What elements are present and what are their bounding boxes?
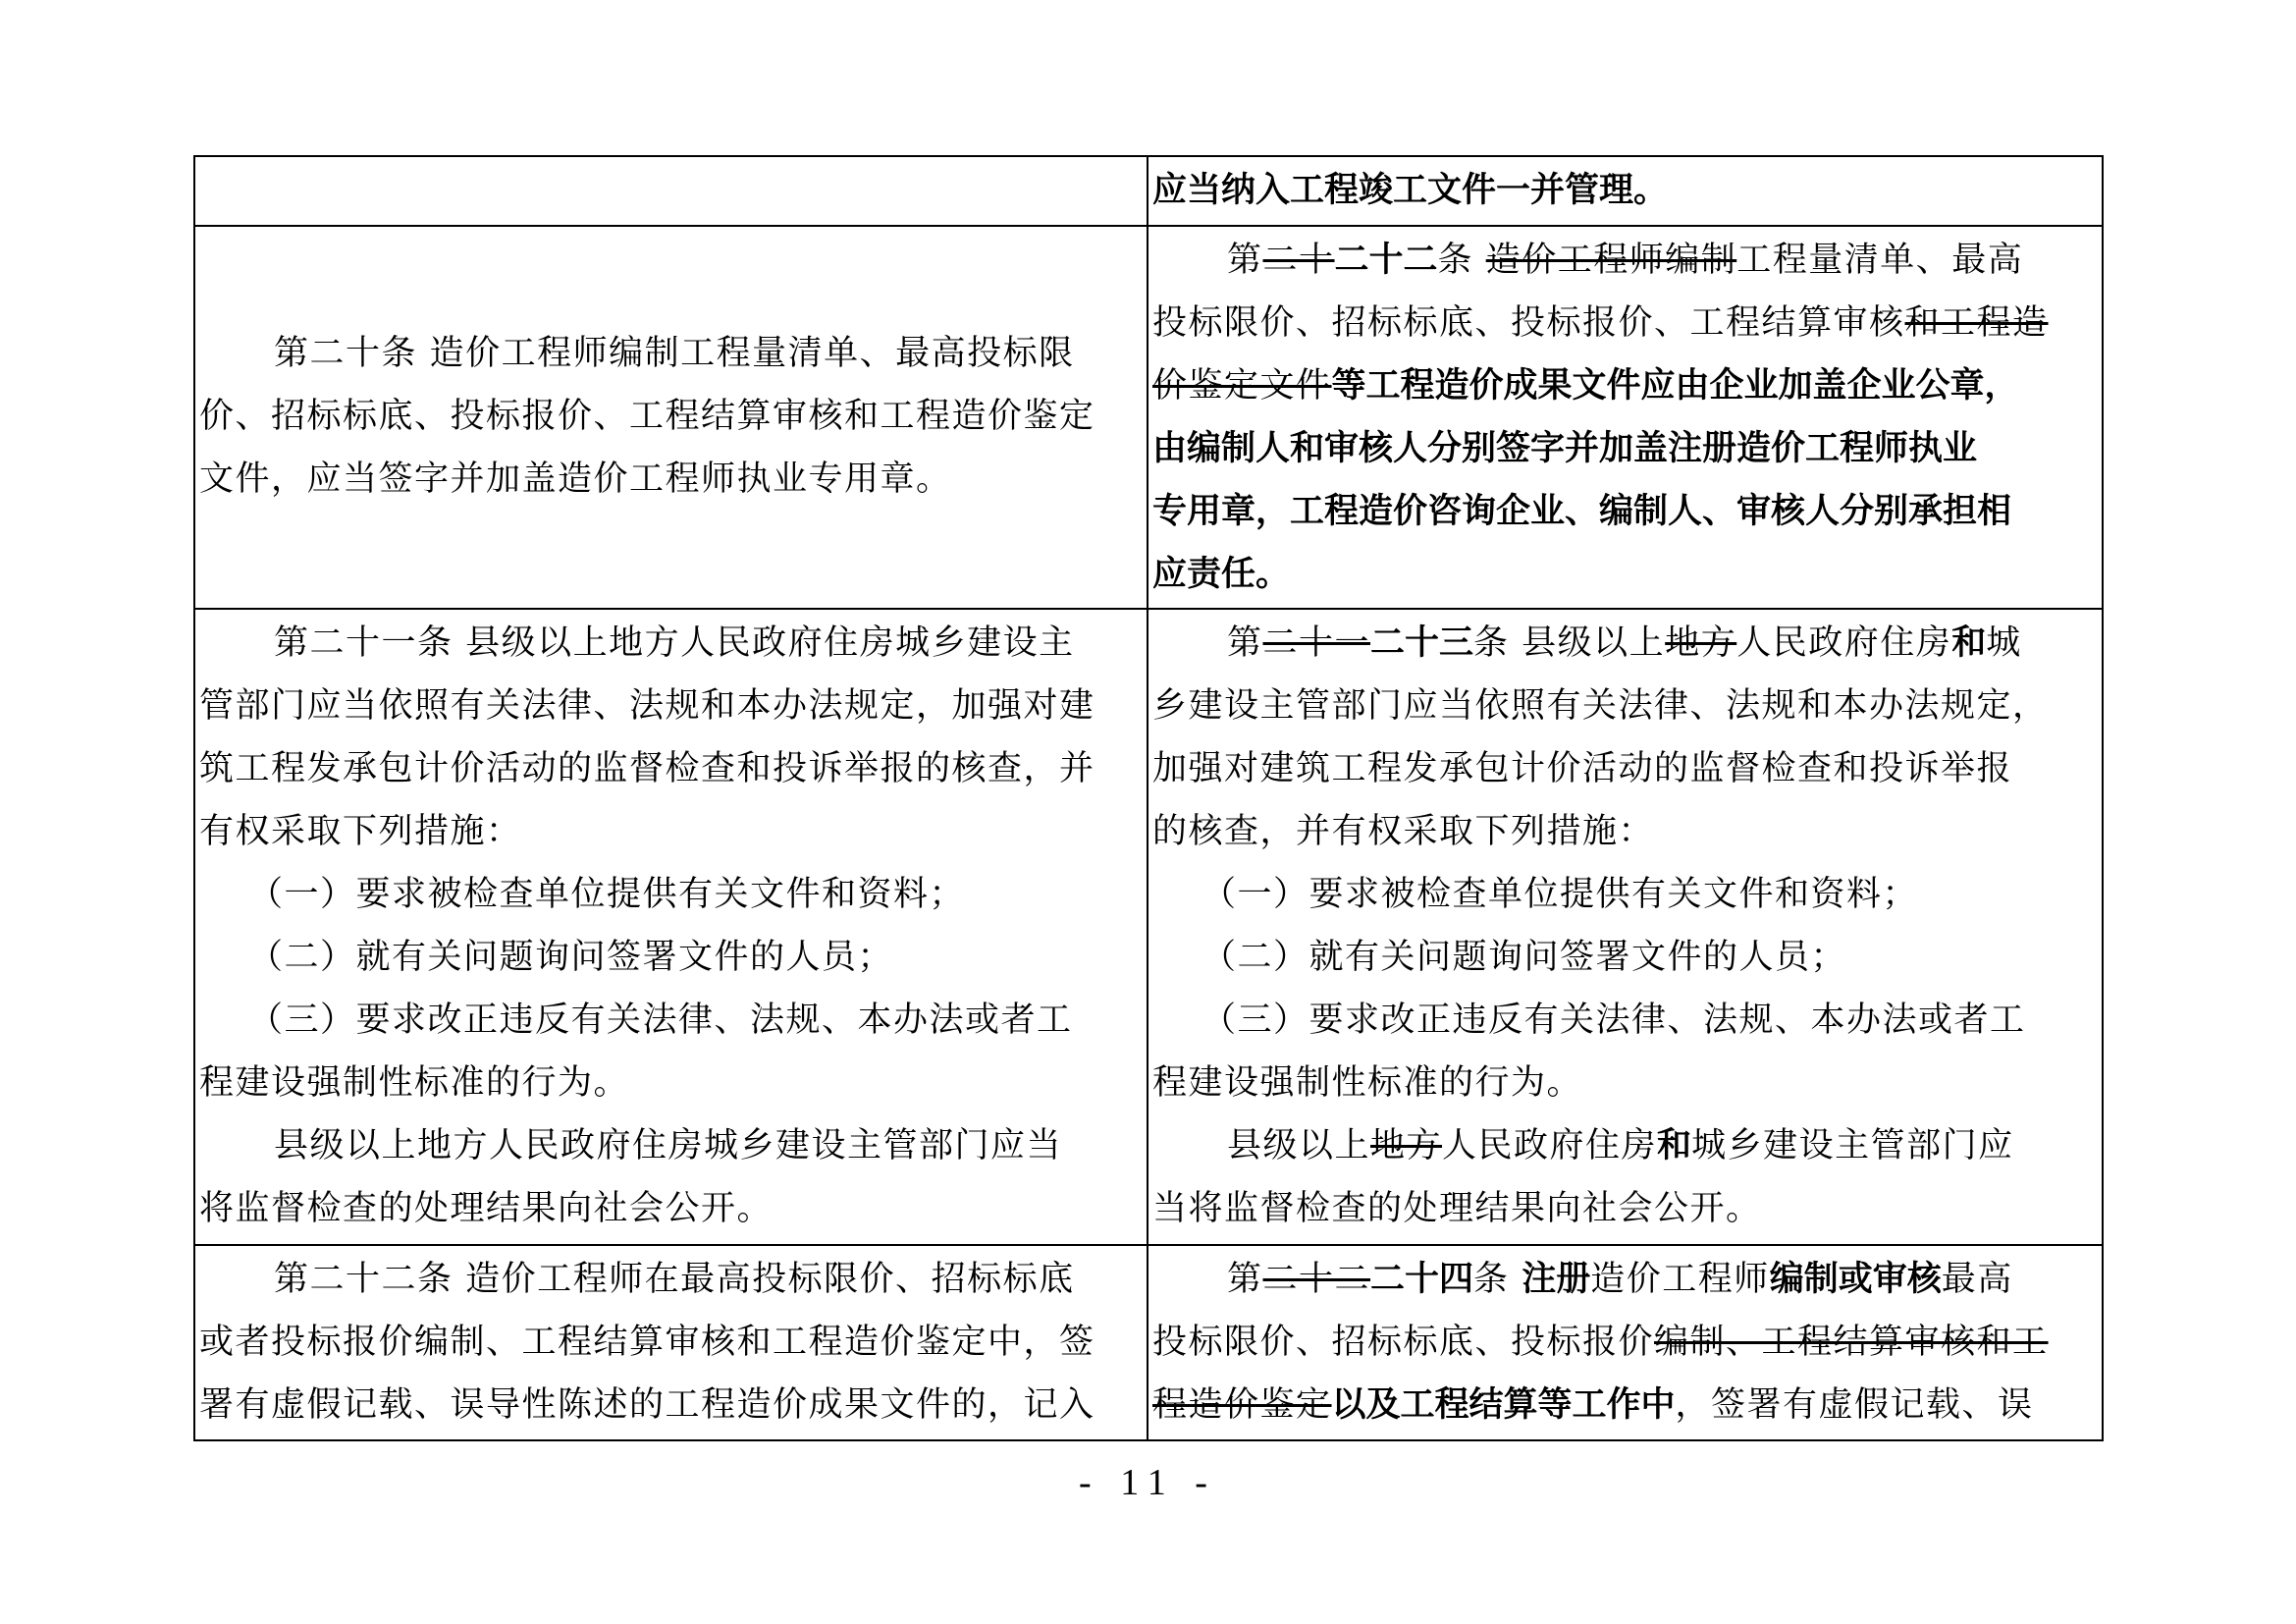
page-number: - 11 - — [0, 1461, 2296, 1504]
text-segment: 城乡建设主管部门应 — [1691, 1126, 2014, 1165]
text-line: 程建设强制性标准的行为。 — [1152, 1052, 1582, 1114]
original-text-cell — [194, 156, 1148, 226]
text-line: 应当纳入工程竣工文件一并管理。 — [1152, 159, 1668, 222]
text-segment: 管部门应当依照有关法律、法规和本办法规定，加强对建 — [199, 686, 1095, 726]
text-segment: 条 — [1473, 1260, 1522, 1299]
original-text-cell: 第二十一条 县级以上地方人民政府住房城乡建设主管部门应当依照有关法律、法规和本办… — [194, 609, 1148, 1245]
deleted-text: 造价工程师编制 — [1486, 241, 1737, 280]
text-line: 程建设强制性标准的行为。 — [199, 1052, 629, 1114]
added-text: 专用章，工程造价咨询企业、编制人、审核人分别承担相 — [1152, 492, 2011, 531]
text-line: 第二十一条 县级以上地方人民政府住房城乡建设主 — [274, 612, 1075, 675]
text-segment: 当将监督检查的处理结果向社会公开。 — [1152, 1189, 1762, 1228]
text-line: （三）要求改正违反有关法律、法规、本办法或者工 — [1201, 989, 2026, 1052]
text-segment: 城 — [1986, 623, 2022, 663]
text-segment: 投标限价、招标标底、投标报价、工程结算审核 — [1152, 303, 1905, 343]
text-line: 价鉴定文件等工程造价成果文件应由企业加盖企业公章， — [1152, 354, 2019, 417]
text-segment: 条 县级以上 — [1473, 623, 1665, 663]
table-row: 应当纳入工程竣工文件一并管理。 — [194, 156, 2103, 226]
text-line: 投标限价、招标标底、投标报价编制、工程结算审核和工 — [1152, 1311, 2049, 1374]
text-segment: 人民政府住房 — [1442, 1126, 1657, 1165]
added-text: 和 — [1951, 623, 1986, 663]
text-segment: 价、招标标底、投标报价、工程结算审核和工程造价鉴定 — [199, 397, 1095, 436]
text-line: 文件，应当签字并加盖造价工程师执业专用章。 — [199, 448, 952, 511]
revised-text-cell: 应当纳入工程竣工文件一并管理。 — [1148, 156, 2103, 226]
deleted-text: 二十二 — [1263, 1260, 1371, 1299]
text-segment: （一）要求被检查单位提供有关文件和资料； — [248, 875, 965, 914]
added-text: 和 — [1657, 1126, 1691, 1165]
text-line: 价、招标标底、投标报价、工程结算审核和工程造价鉴定 — [199, 385, 1095, 448]
text-segment: 第二十二条 造价工程师在最高投标限价、招标标底 — [274, 1260, 1075, 1299]
text-segment: 最高 — [1942, 1260, 2013, 1299]
deleted-text: 程造价鉴定 — [1152, 1385, 1332, 1425]
text-segment: 将监督检查的处理结果向社会公开。 — [199, 1189, 773, 1228]
text-segment: ，签署有虚假记载、误 — [1676, 1385, 2034, 1425]
added-text: 二十四 — [1370, 1260, 1473, 1299]
added-text: 等工程造价成果文件应由企业加盖企业公章， — [1332, 366, 2019, 406]
document-page: 应当纳入工程竣工文件一并管理。第二十条 造价工程师编制工程量清单、最高投标限价、… — [0, 0, 2296, 1624]
text-line: 专用章，工程造价咨询企业、编制人、审核人分别承担相 — [1152, 480, 2011, 543]
text-segment: 程建设强制性标准的行为。 — [199, 1063, 629, 1103]
text-line: （三）要求改正违反有关法律、法规、本办法或者工 — [248, 989, 1073, 1052]
text-segment: 加强对建筑工程发承包计价活动的监督检查和投诉举报 — [1152, 749, 2012, 788]
text-line: 由编制人和审核人分别签字并加盖注册造价工程师执业 — [1152, 417, 1977, 480]
revised-text-cell: 第二十二二十四条 注册造价工程师编制或审核最高投标限价、招标标底、投标报价编制、… — [1148, 1245, 2103, 1440]
deleted-text: 编制、工程结算审核和工 — [1654, 1323, 2049, 1362]
revised-text-cell: 第二十一二十三条 县级以上地方人民政府住房和城乡建设主管部门应当依照有关法律、法… — [1148, 609, 2103, 1245]
text-line: 有权采取下列措施： — [199, 800, 522, 863]
table-row: 第二十二条 造价工程师在最高投标限价、招标标底或者投标报价编制、工程结算审核和工… — [194, 1245, 2103, 1440]
text-segment: 工程量清单、最高 — [1736, 241, 2023, 280]
text-line: 当将监督检查的处理结果向社会公开。 — [1152, 1177, 1762, 1240]
original-text-cell: 第二十二条 造价工程师在最高投标限价、招标标底或者投标报价编制、工程结算审核和工… — [194, 1245, 1148, 1440]
deleted-text: 二十 — [1263, 241, 1335, 280]
text-segment: （二）就有关问题询问签署文件的人员； — [248, 938, 893, 977]
text-segment: （二）就有关问题询问签署文件的人员； — [1201, 938, 1846, 977]
table-row: 第二十一条 县级以上地方人民政府住房城乡建设主管部门应当依照有关法律、法规和本办… — [194, 609, 2103, 1245]
text-segment: 县级以上地方人民政府住房城乡建设主管部门应当 — [274, 1126, 1062, 1165]
text-line: 应责任。 — [1152, 543, 1290, 606]
text-segment: （三）要求改正违反有关法律、法规、本办法或者工 — [248, 1001, 1073, 1040]
table-row: 第二十条 造价工程师编制工程量清单、最高投标限价、招标标底、投标报价、工程结算审… — [194, 226, 2103, 609]
text-segment: 乡建设主管部门应当依照有关法律、法规和本办法规定， — [1152, 686, 2049, 726]
deleted-text: 价鉴定文件 — [1152, 366, 1332, 406]
text-line: 管部门应当依照有关法律、法规和本办法规定，加强对建 — [199, 675, 1095, 737]
added-text: 以及工程结算等工作中 — [1332, 1385, 1676, 1425]
text-segment: （一）要求被检查单位提供有关文件和资料； — [1201, 875, 1918, 914]
text-line: 第二十二二十四条 注册造价工程师编制或审核最高 — [1227, 1248, 2013, 1311]
text-line: （二）就有关问题询问签署文件的人员； — [248, 926, 893, 989]
text-line: 程造价鉴定以及工程结算等工作中，签署有虚假记载、误 — [1152, 1374, 2034, 1436]
text-line: 乡建设主管部门应当依照有关法律、法规和本办法规定， — [1152, 675, 2049, 737]
text-line: 县级以上地方人民政府住房城乡建设主管部门应当 — [274, 1114, 1062, 1177]
text-segment: 署有虚假记载、误导性陈述的工程造价成果文件的，记入 — [199, 1385, 1095, 1425]
added-text: 应当纳入工程竣工文件一并管理。 — [1152, 171, 1668, 210]
text-segment: 县级以上 — [1227, 1126, 1370, 1165]
text-line: 署有虚假记载、误导性陈述的工程造价成果文件的，记入 — [199, 1374, 1095, 1436]
text-line: 或者投标报价编制、工程结算审核和工程造价鉴定中，签 — [199, 1311, 1095, 1374]
text-segment: 文件，应当签字并加盖造价工程师执业专用章。 — [199, 460, 952, 499]
text-segment: 第 — [1227, 623, 1263, 663]
added-text: 二十三 — [1370, 623, 1473, 663]
deleted-text: 地方 — [1665, 623, 1736, 663]
text-line: 投标限价、招标标底、投标报价、工程结算审核和工程造 — [1152, 292, 2049, 354]
deleted-text: 和工程造 — [1905, 303, 2049, 343]
added-text: 编制或审核 — [1770, 1260, 1942, 1299]
added-text: 由编制人和审核人分别签字并加盖注册造价工程师执业 — [1152, 429, 1977, 468]
text-segment: 筑工程发承包计价活动的监督检查和投诉举报的核查，并 — [199, 749, 1095, 788]
text-line: 的核查，并有权采取下列措施： — [1152, 800, 1654, 863]
original-text-cell: 第二十条 造价工程师编制工程量清单、最高投标限价、招标标底、投标报价、工程结算审… — [194, 226, 1148, 609]
text-line: 第二十条 造价工程师编制工程量清单、最高投标限 — [274, 322, 1075, 385]
text-line: 第二十一二十三条 县级以上地方人民政府住房和城 — [1227, 612, 2022, 675]
comparison-table: 应当纳入工程竣工文件一并管理。第二十条 造价工程师编制工程量清单、最高投标限价、… — [193, 155, 2104, 1441]
text-segment: 程建设强制性标准的行为。 — [1152, 1063, 1582, 1103]
text-line: （一）要求被检查单位提供有关文件和资料； — [1201, 863, 1918, 926]
deleted-text: 地方 — [1370, 1126, 1442, 1165]
text-segment: 造价工程师 — [1590, 1260, 1770, 1299]
text-line: 加强对建筑工程发承包计价活动的监督检查和投诉举报 — [1152, 737, 2012, 800]
text-line: 县级以上地方人民政府住房和城乡建设主管部门应 — [1227, 1114, 2014, 1177]
text-segment: 投标限价、招标标底、投标报价 — [1152, 1323, 1654, 1362]
text-segment: 或者投标报价编制、工程结算审核和工程造价鉴定中，签 — [199, 1323, 1095, 1362]
text-line: （一）要求被检查单位提供有关文件和资料； — [248, 863, 965, 926]
text-line: 筑工程发承包计价活动的监督检查和投诉举报的核查，并 — [199, 737, 1095, 800]
text-line: 第二十二十二条 造价工程师编制工程量清单、最高 — [1227, 229, 2023, 292]
added-text: 注册 — [1522, 1260, 1590, 1299]
text-segment: 第二十一条 县级以上地方人民政府住房城乡建设主 — [274, 623, 1075, 663]
text-line: （二）就有关问题询问签署文件的人员； — [1201, 926, 1846, 989]
text-segment: 的核查，并有权采取下列措施： — [1152, 812, 1654, 851]
text-segment: 有权采取下列措施： — [199, 812, 522, 851]
text-segment: 第二十条 造价工程师编制工程量清单、最高投标限 — [274, 334, 1075, 373]
text-segment: 人民政府住房 — [1736, 623, 1951, 663]
revised-text-cell: 第二十二十二条 造价工程师编制工程量清单、最高投标限价、招标标底、投标报价、工程… — [1148, 226, 2103, 609]
text-segment: 第 — [1227, 241, 1263, 280]
text-segment: 条 — [1438, 241, 1486, 280]
text-line: 将监督检查的处理结果向社会公开。 — [199, 1177, 773, 1240]
text-segment: （三）要求改正违反有关法律、法规、本办法或者工 — [1201, 1001, 2026, 1040]
added-text: 二十二 — [1335, 241, 1438, 280]
text-segment: 第 — [1227, 1260, 1263, 1299]
deleted-text: 二十一 — [1263, 623, 1371, 663]
text-line: 第二十二条 造价工程师在最高投标限价、招标标底 — [274, 1248, 1075, 1311]
added-text: 应责任。 — [1152, 555, 1290, 594]
